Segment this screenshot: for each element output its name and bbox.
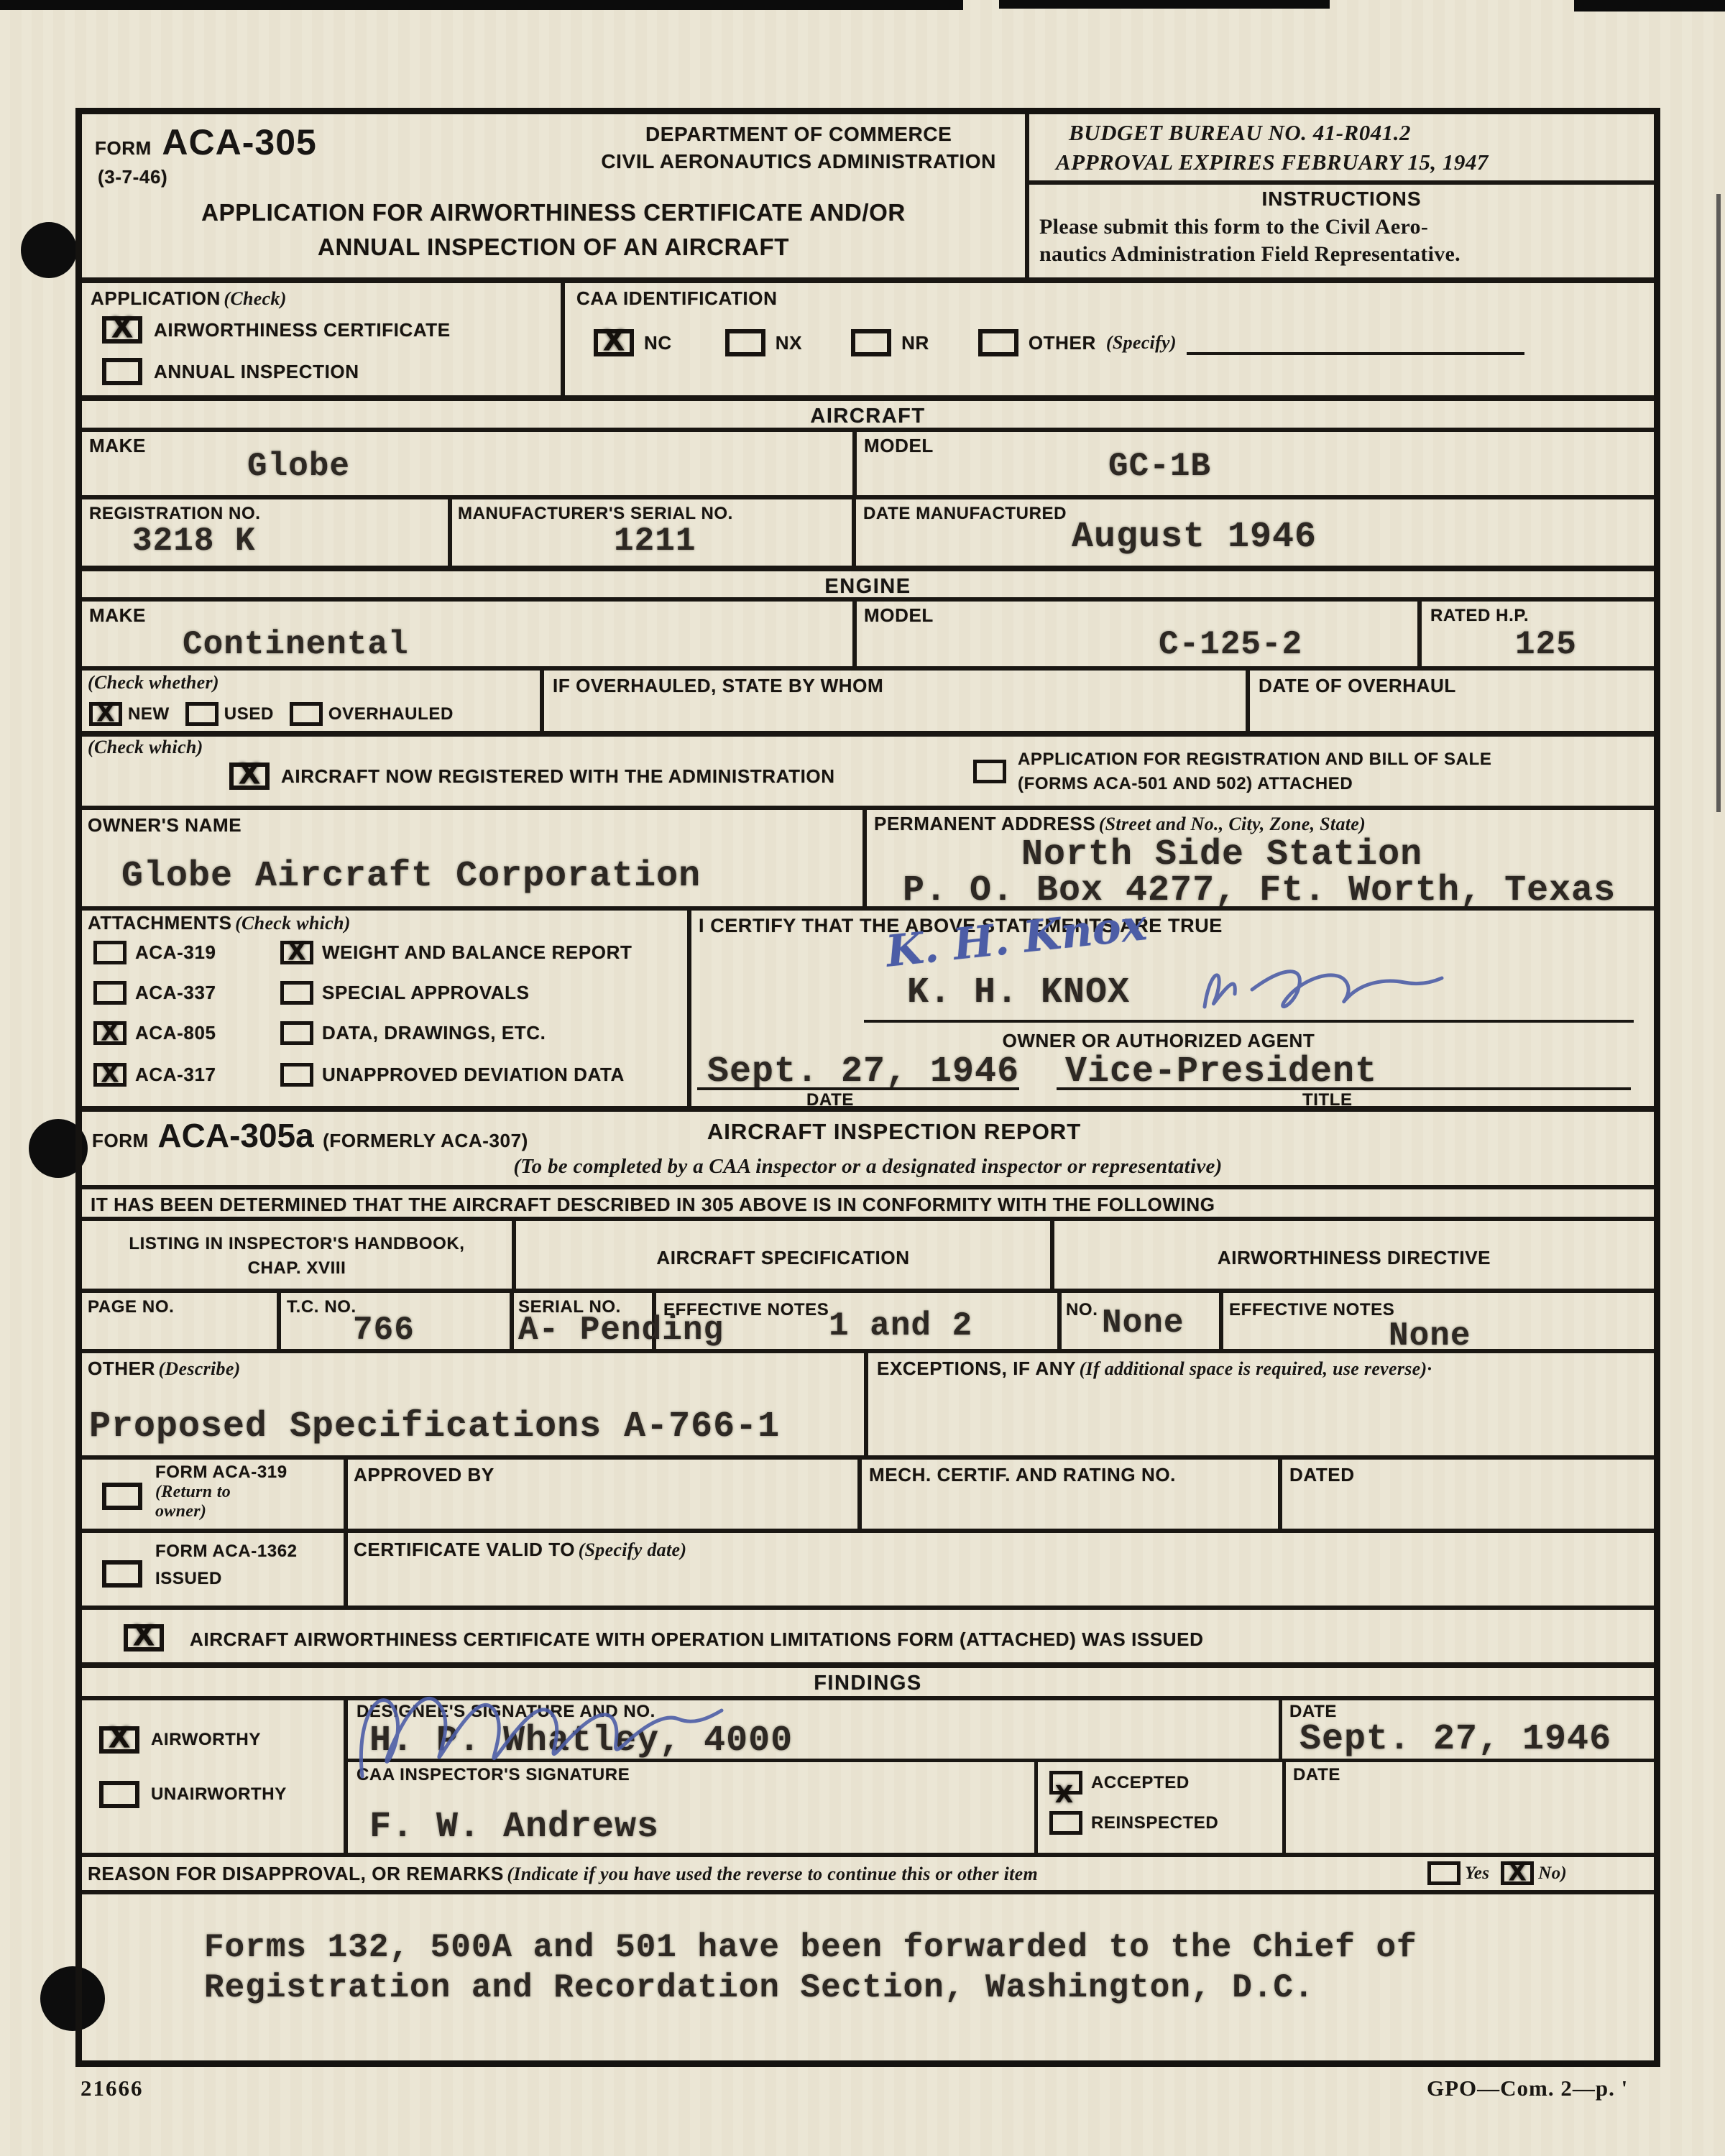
check-mark: X xyxy=(96,699,114,727)
owner-name-label: OWNER'S NAME xyxy=(88,814,241,837)
reinspected-label: REINSPECTED xyxy=(1091,1813,1218,1833)
registration-attached-checkbox[interactable] xyxy=(973,760,1006,783)
header-left: FORM ACA-305 (3-7-46) DEPARTMENT OF COMM… xyxy=(82,114,1029,277)
page-no-cell[interactable]: PAGE NO. xyxy=(82,1293,281,1349)
unairworthy-label: UNAIRWORTHY xyxy=(151,1784,287,1805)
handbook-header-cell: LISTING IN INSPECTOR'S HANDBOOK, CHAP. X… xyxy=(82,1221,516,1289)
reverse-yes-label: Yes xyxy=(1465,1864,1489,1884)
address-label-italic: (Street and No., City, Zone, State) xyxy=(1099,814,1366,834)
owner-row: OWNER'S NAME Globe Aircraft Corporation … xyxy=(82,810,1654,911)
new-label: NEW xyxy=(128,704,170,724)
certificate-issued-row: X AIRCRAFT AIRWORTHINESS CERTIFICATE WIT… xyxy=(82,1610,1654,1668)
instructions-title: INSTRUCTIONS xyxy=(1029,188,1654,211)
unairworthy-checkbox[interactable] xyxy=(99,1781,139,1808)
handbook-label-line1: LISTING IN INSPECTOR'S HANDBOOK, xyxy=(82,1234,512,1254)
used-checkbox[interactable] xyxy=(185,702,218,726)
owner-signature-script[interactable]: K. H. Knox xyxy=(883,900,1149,977)
engine-make-model-row: MAKE Continental MODEL C-125-2 RATED H.P… xyxy=(82,602,1654,671)
scan-artifact-right-edge xyxy=(1716,194,1721,812)
date-manufactured-cell: DATE MANUFACTURED August 1946 xyxy=(856,499,1654,566)
other-specify-label: (Specify) xyxy=(1106,332,1177,354)
date-manufactured-label: DATE MANUFACTURED xyxy=(863,504,1067,524)
directive-notes-value: None xyxy=(1389,1317,1471,1355)
certificate-valid-to-label: CERTIFICATE VALID TO xyxy=(354,1539,575,1560)
owner-address-cell: PERMANENT ADDRESS (Street and No., City,… xyxy=(867,810,1654,906)
caa-identification-cell: CAA IDENTIFICATION X NC NX NR OTHER (Spe… xyxy=(565,283,1654,395)
aircraft-section-band: AIRCRAFT xyxy=(82,401,1654,432)
punch-hole-top xyxy=(21,222,77,278)
check-mark: X xyxy=(101,1059,119,1087)
serial-value: 1211 xyxy=(614,522,696,560)
check-mark: X xyxy=(287,937,305,965)
header-right: BUDGET BUREAU NO. 41-R041.2 APPROVAL EXP… xyxy=(1029,114,1654,277)
other-label: OTHER xyxy=(1029,332,1096,354)
overhaul-date-label: DATE OF OVERHAUL xyxy=(1259,675,1456,697)
weight-balance-checkbox[interactable]: X xyxy=(280,941,313,964)
engine-section-band: ENGINE xyxy=(82,571,1654,602)
other-describe-label: OTHER xyxy=(88,1358,155,1379)
reason-italic: (Indicate if you have used the reverse t… xyxy=(507,1864,1038,1884)
check-mark: X xyxy=(109,1722,131,1755)
aca-805-checkbox[interactable]: X xyxy=(93,1021,126,1045)
registration-value: 3218 K xyxy=(132,522,256,560)
listing-header-row: LISTING IN INSPECTOR'S HANDBOOK, CHAP. X… xyxy=(82,1221,1654,1293)
attachments-certification-row: ATTACHMENTS (Check which) ACA-319 X WEIG… xyxy=(82,911,1654,1112)
engine-model-cell: MODEL C-125-2 xyxy=(857,602,1422,666)
engine-hp-cell: RATED H.P. 125 xyxy=(1422,602,1654,666)
registered-checkbox[interactable]: X xyxy=(229,763,270,790)
exceptions-cell[interactable]: EXCEPTIONS, IF ANY (If additional space … xyxy=(868,1353,1654,1455)
check-mark: X xyxy=(603,325,625,358)
owner-signature-typed: K. H. KNOX xyxy=(907,972,1130,1013)
check-mark: X xyxy=(239,758,261,791)
inspector-date-cell[interactable]: DATE xyxy=(1286,1762,1654,1853)
form-aca-1362-line1: FORM ACA-1362 xyxy=(155,1542,298,1562)
serial-cell: MANUFACTURER'S SERIAL NO. 1211 xyxy=(452,499,856,566)
form-title-line1: APPLICATION FOR AIRWORTHINESS CERTIFICAT… xyxy=(82,199,1025,226)
accepted-reinspected-cell: X ACCEPTED REINSPECTED xyxy=(1038,1762,1286,1853)
spec-notes-value: 1 and 2 xyxy=(829,1307,972,1345)
accepted-label: ACCEPTED xyxy=(1091,1773,1190,1793)
remarks-row: Forms 132, 500A and 501 have been forwar… xyxy=(82,1894,1654,2060)
other-describe-cell: OTHER (Describe) Proposed Specifications… xyxy=(82,1353,868,1455)
form-title-line2: ANNUAL INSPECTION OF AN AIRCRAFT xyxy=(82,234,1025,261)
check-mark: X xyxy=(1055,1780,1073,1808)
application-cell: APPLICATION (Check) X AIRWORTHINESS CERT… xyxy=(82,283,565,395)
inspection-form-number: ACA-305a xyxy=(157,1117,313,1154)
address-line1: North Side Station xyxy=(1021,834,1422,875)
engine-make-cell: MAKE Continental xyxy=(82,602,857,666)
special-approvals-label: SPECIAL APPROVALS xyxy=(322,982,530,1004)
nc-label: NC xyxy=(644,332,672,354)
handbook-label-line2: CHAP. XVIII xyxy=(82,1258,512,1279)
airworthy-checkbox[interactable]: X xyxy=(99,1726,139,1754)
engine-condition-row: (Check whether) X NEW USED OVERHAULED IF… xyxy=(82,671,1654,737)
exceptions-italic: (If additional space is required, use re… xyxy=(1080,1358,1432,1379)
other-exceptions-row: OTHER (Describe) Proposed Specifications… xyxy=(82,1353,1654,1460)
certificate-issued-cell: X AIRCRAFT AIRWORTHINESS CERTIFICATE WIT… xyxy=(82,1610,1654,1662)
serial-label: MANUFACTURER'S SERIAL NO. xyxy=(458,504,733,524)
designee-date-cell: DATE Sept. 27, 1946 xyxy=(1282,1700,1654,1759)
aca-319-label: ACA-319 xyxy=(135,941,272,964)
spec-serial-cell: SERIAL NO. A- Pending xyxy=(514,1293,656,1349)
annual-inspection-label: ANNUAL INSPECTION xyxy=(154,361,359,383)
overhauled-by-label: IF OVERHAULED, STATE BY WHOM xyxy=(553,675,883,697)
engine-model-value: C-125-2 xyxy=(1159,626,1302,663)
registration-status-cell: (Check which) X AIRCRAFT NOW REGISTERED … xyxy=(82,737,1654,806)
instructions-line1: Please submit this form to the Civil Aer… xyxy=(1039,215,1428,239)
attachments-label-italic: (Check which) xyxy=(235,913,351,934)
tc-no-label: T.C. NO. xyxy=(287,1297,356,1317)
certification-date-line[interactable] xyxy=(697,1087,1019,1090)
aca-319-approval-row: FORM ACA-319 (Return to owner) APPROVED … xyxy=(82,1460,1654,1533)
form-aca-319-cell: FORM ACA-319 (Return to owner) xyxy=(82,1460,348,1529)
certification-date-label: DATE xyxy=(806,1090,854,1110)
other-describe-italic: (Describe) xyxy=(158,1358,240,1379)
certification-title-value: Vice-President xyxy=(1065,1051,1377,1092)
designee-date-value: Sept. 27, 1946 xyxy=(1299,1719,1611,1760)
designee-signature-cell: DESIGNEE'S SIGNATURE AND NO. H. P. Whatl… xyxy=(348,1700,1282,1759)
airworthiness-certificate-checkbox[interactable]: X xyxy=(102,316,142,344)
reverse-no-label: No) xyxy=(1538,1864,1567,1884)
unapproved-deviation-label: UNAPPROVED DEVIATION DATA xyxy=(322,1064,625,1086)
tc-no-value: 766 xyxy=(353,1312,415,1349)
directive-notes-cell: EFFECTIVE NOTES None xyxy=(1223,1293,1654,1349)
footer-gpo: GPO—Com. 2—p. ' xyxy=(1427,2076,1628,2101)
aircraft-model-label: MODEL xyxy=(864,435,934,457)
aircraft-model-cell: MODEL GC-1B xyxy=(857,432,1654,495)
reverse-yes-checkbox[interactable] xyxy=(1427,1861,1460,1885)
weight-balance-label: WEIGHT AND BALANCE REPORT xyxy=(322,941,632,964)
certificate-issued-checkbox[interactable]: X xyxy=(124,1624,164,1651)
overhauled-label: OVERHAULED xyxy=(328,704,454,724)
findings-grid-row: X AIRWORTHY UNAIRWORTHY DESIGNEE'S SIGNA… xyxy=(82,1700,1654,1857)
engine-section-title: ENGINE xyxy=(82,571,1654,597)
tc-no-cell: T.C. NO. 766 xyxy=(281,1293,514,1349)
inspector-date-label: DATE xyxy=(1293,1765,1340,1785)
certification-date-value: Sept. 27, 1946 xyxy=(707,1051,1019,1092)
special-approvals-checkbox[interactable] xyxy=(280,981,313,1005)
registration-label: REGISTRATION NO. xyxy=(89,504,261,524)
exceptions-label: EXCEPTIONS, IF ANY xyxy=(877,1358,1076,1379)
reverse-no-checkbox[interactable]: X xyxy=(1501,1861,1534,1885)
instructions-line2: nautics Administration Field Representat… xyxy=(1039,242,1460,267)
check-mark: X xyxy=(111,312,134,345)
form-header-row: FORM ACA-305 (3-7-46) DEPARTMENT OF COMM… xyxy=(82,114,1654,283)
registration-cell: REGISTRATION NO. 3218 K xyxy=(82,499,452,566)
page-no-label: PAGE NO. xyxy=(88,1297,174,1317)
determination-row: IT HAS BEEN DETERMINED THAT THE AIRCRAFT… xyxy=(82,1189,1654,1221)
form-aca-319-line1: FORM ACA-319 xyxy=(155,1462,287,1483)
engine-make-value: Continental xyxy=(183,626,409,663)
aircraft-make-cell: MAKE Globe xyxy=(82,432,857,495)
form-aca-1362-line2: ISSUED xyxy=(155,1569,222,1589)
owner-name-cell: OWNER'S NAME Globe Aircraft Corporation xyxy=(82,810,867,906)
determination-text: IT HAS BEEN DETERMINED THAT THE AIRCRAFT… xyxy=(91,1194,1215,1216)
airworthy-label: AIRWORTHY xyxy=(151,1730,261,1750)
reason-label: REASON FOR DISAPPROVAL, OR REMARKS xyxy=(88,1863,504,1884)
reason-row: REASON FOR DISAPPROVAL, OR REMARKS (Indi… xyxy=(82,1857,1654,1894)
form-number: ACA-305 xyxy=(162,122,316,162)
check-mark: X xyxy=(1509,1858,1527,1886)
application-label: APPLICATION xyxy=(91,287,221,309)
address-line2: P. O. Box 4277, Ft. Worth, Texas xyxy=(903,870,1616,911)
aircraft-make-model-row: MAKE Globe MODEL GC-1B xyxy=(82,432,1654,499)
agency-line: CIVIL AERONAUTICS ADMINISTRATION xyxy=(601,150,996,173)
overhauled-checkbox[interactable] xyxy=(290,702,323,726)
budget-bureau-no: BUDGET BUREAU NO. 41-R041.2 xyxy=(1069,120,1654,146)
approved-by-label: APPROVED BY xyxy=(354,1464,494,1486)
inspection-report-header: FORM ACA-305a (FORMERLY ACA-307) AIRCRAF… xyxy=(82,1112,1654,1185)
certification-title-label: TITLE xyxy=(1302,1090,1353,1110)
registered-label: AIRCRAFT NOW REGISTERED WITH THE ADMINIS… xyxy=(281,765,835,788)
used-label: USED xyxy=(224,704,274,724)
dated-cell[interactable]: DATED xyxy=(1282,1460,1654,1529)
form-aca-319-line3: owner) xyxy=(155,1502,287,1521)
directive-no-value: None xyxy=(1102,1304,1184,1342)
registration-attached-line1: APPLICATION FOR REGISTRATION AND BILL OF… xyxy=(1018,750,1491,770)
owner-name-value: Globe Aircraft Corporation xyxy=(121,856,701,897)
registration-attached-line2: (FORMS ACA-501 AND 502) ATTACHED xyxy=(1018,774,1491,794)
aircraft-make-label: MAKE xyxy=(89,435,146,457)
approved-by-cell[interactable]: APPROVED BY xyxy=(348,1460,862,1529)
spec-serial-value: A- Pending xyxy=(518,1312,724,1349)
owner-agent-label: OWNER OR AUTHORIZED AGENT xyxy=(907,1030,1410,1052)
scan-artifact-top-1 xyxy=(0,0,963,10)
owner-signature-line[interactable] xyxy=(864,1020,1634,1023)
findings-title: FINDINGS xyxy=(82,1668,1654,1696)
aircraft-make-value: Globe xyxy=(247,448,350,485)
airworthiness-directive-header-cell: AIRWORTHINESS DIRECTIVE xyxy=(1054,1221,1654,1289)
approval-expires: APPROVAL EXPIRES FEBRUARY 15, 1947 xyxy=(1056,149,1654,175)
certification-cell: I CERTIFY THAT THE ABOVE STATEMENTS ARE … xyxy=(691,911,1654,1106)
certificate-valid-to-cell[interactable]: CERTIFICATE VALID TO (Specify date) xyxy=(348,1533,1654,1606)
check-mark: X xyxy=(133,1620,155,1653)
remarks-cell[interactable]: Forms 132, 500A and 501 have been forwar… xyxy=(82,1894,1654,2060)
form-label: FORM xyxy=(95,137,152,159)
listing-values-row: PAGE NO. T.C. NO. 766 SERIAL NO. A- Pend… xyxy=(82,1293,1654,1353)
application-label-italic: (Check) xyxy=(224,288,286,309)
inspection-report-header-row: FORM ACA-305a (FORMERLY ACA-307) AIRCRAF… xyxy=(82,1112,1654,1189)
aca-805-label: ACA-805 xyxy=(135,1022,272,1044)
certificate-valid-to-italic: (Specify date) xyxy=(579,1539,687,1560)
directive-notes-label: EFFECTIVE NOTES xyxy=(1229,1300,1394,1320)
registration-status-row: (Check which) X AIRCRAFT NOW REGISTERED … xyxy=(82,737,1654,810)
caa-inspector-typed: F. W. Andrews xyxy=(369,1807,659,1848)
airworthiness-directive-label: AIRWORTHINESS DIRECTIVE xyxy=(1054,1247,1654,1269)
designee-signature-scribble[interactable] xyxy=(341,1669,743,1791)
remarks-line1: Forms 132, 500A and 501 have been forwar… xyxy=(204,1929,1417,1966)
attachments-label: ATTACHMENTS xyxy=(88,912,232,934)
nr-checkbox[interactable] xyxy=(851,329,891,356)
accepted-checkbox[interactable]: X xyxy=(1049,1771,1082,1795)
other-checkbox[interactable] xyxy=(978,329,1018,356)
scan-artifact-top-3 xyxy=(1574,0,1725,11)
directive-no-label: NO. xyxy=(1066,1300,1098,1320)
other-describe-value: Proposed Specifications A-766-1 xyxy=(89,1406,780,1447)
footer-print-code: 21666 xyxy=(80,2076,144,2101)
form-aca-305: FORM ACA-305 (3-7-46) DEPARTMENT OF COMM… xyxy=(75,108,1660,2067)
nx-label: NX xyxy=(776,332,802,354)
check-which-label: (Check which) xyxy=(88,737,203,758)
form-aca-319-line2: (Return to xyxy=(155,1483,287,1502)
nr-label: NR xyxy=(901,332,929,354)
inspection-report-subtitle: (To be completed by a CAA inspector or a… xyxy=(82,1155,1654,1179)
certificate-issued-label: AIRCRAFT AIRWORTHINESS CERTIFICATE WITH … xyxy=(190,1628,1204,1651)
caa-identification-label: CAA IDENTIFICATION xyxy=(576,287,777,310)
date-manufactured-value: August 1946 xyxy=(1072,517,1317,558)
unapproved-deviation-checkbox[interactable] xyxy=(280,1063,313,1087)
annual-inspection-checkbox[interactable] xyxy=(102,358,142,385)
aca-317-checkbox[interactable]: X xyxy=(93,1063,126,1087)
findings-band: FINDINGS xyxy=(82,1668,1654,1700)
aircraft-section-title: AIRCRAFT xyxy=(82,401,1654,428)
check-whether-label: (Check whether) xyxy=(88,672,219,694)
form-aca-1362-checkbox[interactable] xyxy=(102,1560,142,1588)
remarks-line2: Registration and Recordation Section, Wa… xyxy=(204,1969,1315,2007)
nc-checkbox[interactable]: X xyxy=(594,329,634,356)
form-aca-319-checkbox[interactable] xyxy=(102,1483,142,1510)
engine-model-label: MODEL xyxy=(864,604,934,627)
inspection-report-title: AIRCRAFT INSPECTION REPORT xyxy=(427,1119,1361,1145)
engine-condition-cell: (Check whether) X NEW USED OVERHAULED xyxy=(82,671,544,731)
aca-337-label: ACA-337 xyxy=(135,982,272,1004)
scan-artifact-top-2 xyxy=(999,0,1330,9)
data-drawings-label: DATA, DRAWINGS, ETC. xyxy=(322,1022,546,1044)
check-mark: X xyxy=(101,1018,119,1046)
data-drawings-checkbox[interactable] xyxy=(280,1021,313,1045)
address-label: PERMANENT ADDRESS xyxy=(874,813,1095,834)
overhauled-by-cell[interactable]: IF OVERHAULED, STATE BY WHOM xyxy=(544,671,1250,731)
reinspected-checkbox[interactable] xyxy=(1049,1811,1082,1835)
other-specify-line[interactable] xyxy=(1187,331,1524,355)
aca-319-checkbox[interactable] xyxy=(93,941,126,964)
aircraft-spec-header-cell: AIRCRAFT SPECIFICATION xyxy=(516,1221,1054,1289)
mech-certif-cell[interactable]: MECH. CERTIF. AND RATING NO. xyxy=(862,1460,1282,1529)
engine-hp-label: RATED H.P. xyxy=(1430,606,1529,626)
dated-label: DATED xyxy=(1289,1464,1355,1486)
aircraft-registration-row: REGISTRATION NO. 3218 K MANUFACTURER'S S… xyxy=(82,499,1654,571)
engine-hp-value: 125 xyxy=(1515,626,1577,663)
aca-317-label: ACA-317 xyxy=(135,1064,272,1086)
reason-cell: REASON FOR DISAPPROVAL, OR REMARKS (Indi… xyxy=(82,1857,1654,1890)
nx-checkbox[interactable] xyxy=(725,329,765,356)
engine-make-label: MAKE xyxy=(89,604,146,627)
aircraft-model-value: GC-1B xyxy=(1108,448,1211,485)
new-checkbox[interactable]: X xyxy=(89,702,122,726)
directive-no-cell: NO. None xyxy=(1062,1293,1223,1349)
department-line: DEPARTMENT OF COMMERCE xyxy=(601,123,996,146)
form-aca-1362-cell: FORM ACA-1362 ISSUED xyxy=(82,1533,348,1606)
airworthy-cell: X AIRWORTHY UNAIRWORTHY xyxy=(82,1700,348,1853)
aca-1362-row: FORM ACA-1362 ISSUED CERTIFICATE VALID T… xyxy=(82,1533,1654,1610)
airworthiness-certificate-label: AIRWORTHINESS CERTIFICATE xyxy=(154,319,451,341)
owner-signature-by-scribble xyxy=(1195,946,1453,1026)
determination-cell: IT HAS BEEN DETERMINED THAT THE AIRCRAFT… xyxy=(82,1189,1654,1217)
overhaul-date-cell[interactable]: DATE OF OVERHAUL xyxy=(1250,671,1654,731)
aca-337-checkbox[interactable] xyxy=(93,981,126,1005)
aircraft-spec-label: AIRCRAFT SPECIFICATION xyxy=(516,1247,1050,1269)
attachments-cell: ATTACHMENTS (Check which) ACA-319 X WEIG… xyxy=(82,911,691,1106)
application-caa-row: APPLICATION (Check) X AIRWORTHINESS CERT… xyxy=(82,283,1654,401)
mech-certif-label: MECH. CERTIF. AND RATING NO. xyxy=(869,1464,1176,1486)
inspection-form-label: FORM xyxy=(92,1130,149,1151)
form-revision-date: (3-7-46) xyxy=(98,166,167,188)
